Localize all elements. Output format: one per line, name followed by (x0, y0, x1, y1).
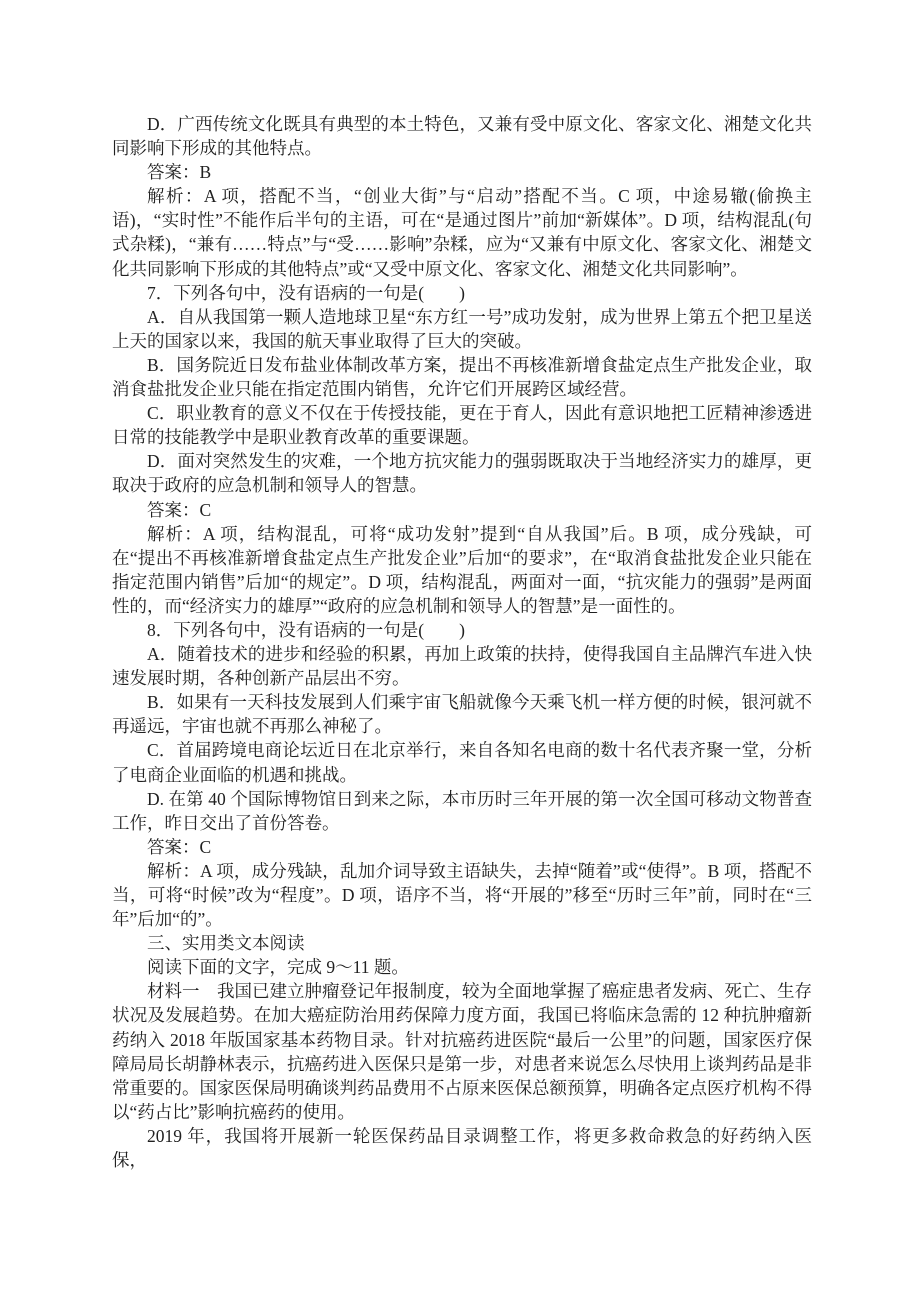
paragraph: 解析：A 项，搭配不当，“创业大街”与“启动”搭配不当。C 项，中途易辙(偷换主… (112, 184, 812, 280)
paragraph: 答案：B (112, 160, 812, 184)
paragraph: 三、实用类文本阅读 (112, 931, 812, 955)
paragraph: 材料一 我国已建立肿瘤登记年报制度，较为全面地掌握了癌症患者发病、死亡、生存状况… (112, 979, 812, 1124)
paragraph: B．国务院近日发布盐业体制改革方案，提出不再核准新增食盐定点生产批发企业，取消食… (112, 353, 812, 401)
paragraph: D．广西传统文化既具有典型的本土特色，又兼有受中原文化、客家文化、湘楚文化共同影… (112, 112, 812, 160)
paragraph: 解析：A 项，成分残缺，乱加介词导致主语缺失，去掉“随着”或“使得”。B 项，搭… (112, 859, 812, 931)
paragraph: 8．下列各句中，没有语病的一句是( ) (112, 618, 812, 642)
paragraph: 7．下列各句中，没有语病的一句是( ) (112, 281, 812, 305)
paragraph: C．首届跨境电商论坛近日在北京举行，来自各知名电商的数十名代表齐聚一堂，分析了电… (112, 738, 812, 786)
paragraph: D. 在第 40 个国际博物馆日到来之际，本市历时三年开展的第一次全国可移动文物… (112, 787, 812, 835)
paragraph: 答案：C (112, 835, 812, 859)
paragraph: B．如果有一天科技发展到人们乘宇宙飞船就像今天乘飞机一样方便的时候，银河就不再遥… (112, 690, 812, 738)
paragraph: 2019 年，我国将开展新一轮医保药品目录调整工作，将更多救命救急的好药纳入医保… (112, 1124, 812, 1172)
paragraph: A．自从我国第一颗人造地球卫星“东方红一号”成功发射，成为世界上第五个把卫星送上… (112, 305, 812, 353)
document-page: D．广西传统文化既具有典型的本土特色，又兼有受中原文化、客家文化、湘楚文化共同影… (0, 0, 920, 1302)
paragraph: A．随着技术的进步和经验的积累，再加上政策的扶持，使得我国自主品牌汽车进入快速发… (112, 642, 812, 690)
paragraph: 解析：A 项，结构混乱，可将“成功发射”提到“自从我国”后。B 项，成分残缺，可… (112, 522, 812, 618)
paragraph: C．职业教育的意义不仅在于传授技能，更在于育人，因此有意识地把工匠精神渗透进日常… (112, 401, 812, 449)
paragraph: D．面对突然发生的灾难，一个地方抗灾能力的强弱既取决于当地经济实力的雄厚，更取决… (112, 449, 812, 497)
document-body: D．广西传统文化既具有典型的本土特色，又兼有受中原文化、客家文化、湘楚文化共同影… (112, 112, 812, 1172)
paragraph: 答案：C (112, 498, 812, 522)
paragraph: 阅读下面的文字，完成 9～11 题。 (112, 955, 812, 979)
